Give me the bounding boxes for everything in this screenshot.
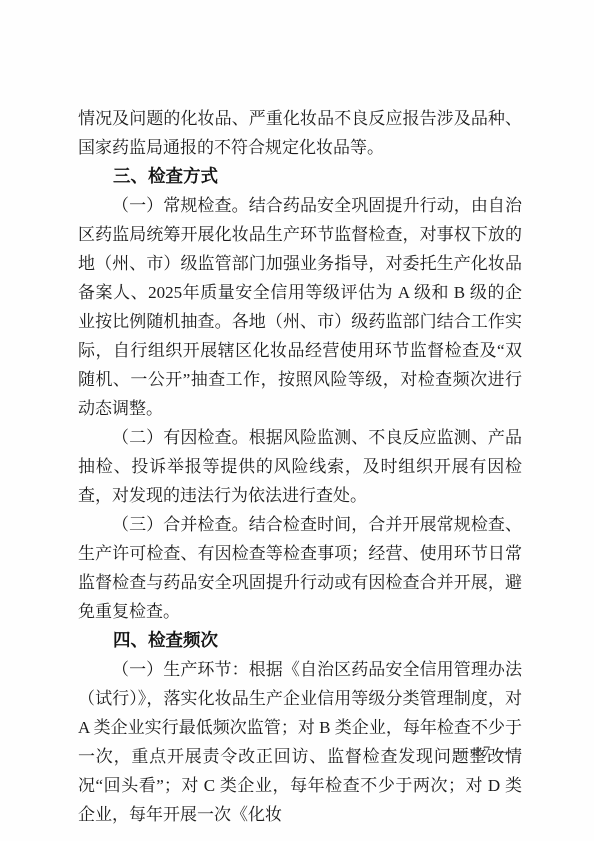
page-number: — 17 — bbox=[454, 744, 513, 761]
paragraph-regular-inspection: （一）常规检查。结合药品安全巩固提升行动，由自治区药监局统筹开展化妆品生产环节监… bbox=[78, 191, 522, 423]
document-page: 情况及问题的化妆品、严重化妆品不良反应报告涉及品种、国家药监局通报的不符合规定化… bbox=[0, 0, 594, 841]
paragraph-forcause-inspection: （二）有因检查。根据风险监测、不良反应监测、产品抽检、投诉举报等提供的风险线索，… bbox=[78, 423, 522, 510]
paragraph-text: 根据《自治区药品安全信用管理办法（试行）》，落实化妆品生产企业信用等级分类管理制… bbox=[78, 660, 522, 824]
section-heading-inspection-frequency: 四、检查频次 bbox=[78, 626, 522, 655]
paragraph-lead: （二）有因检查。 bbox=[112, 428, 249, 447]
document-body: 情况及问题的化妆品、严重化妆品不良反应报告涉及品种、国家药监局通报的不符合规定化… bbox=[78, 104, 522, 829]
paragraph-production-link: （一）生产环节：根据《自治区药品安全信用管理办法（试行）》，落实化妆品生产企业信… bbox=[78, 655, 522, 829]
paragraph-combined-inspection: （三）合并检查。结合检查时间，合并开展常规检查、生产许可检查、有因检查等检查事项… bbox=[78, 510, 522, 626]
paragraph-text: 结合药品安全巩固提升行动，由自治区药监局统筹开展化妆品生产环节监督检查，对事权下… bbox=[78, 196, 522, 418]
paragraph-lead: （三）合并检查。 bbox=[112, 515, 249, 534]
paragraph-lead: （一）生产环节： bbox=[112, 660, 249, 679]
paragraph-continuation: 情况及问题的化妆品、严重化妆品不良反应报告涉及品种、国家药监局通报的不符合规定化… bbox=[78, 104, 522, 162]
paragraph-lead: （一）常规检查。 bbox=[112, 196, 249, 215]
section-heading-inspection-methods: 三、检查方式 bbox=[78, 162, 522, 191]
